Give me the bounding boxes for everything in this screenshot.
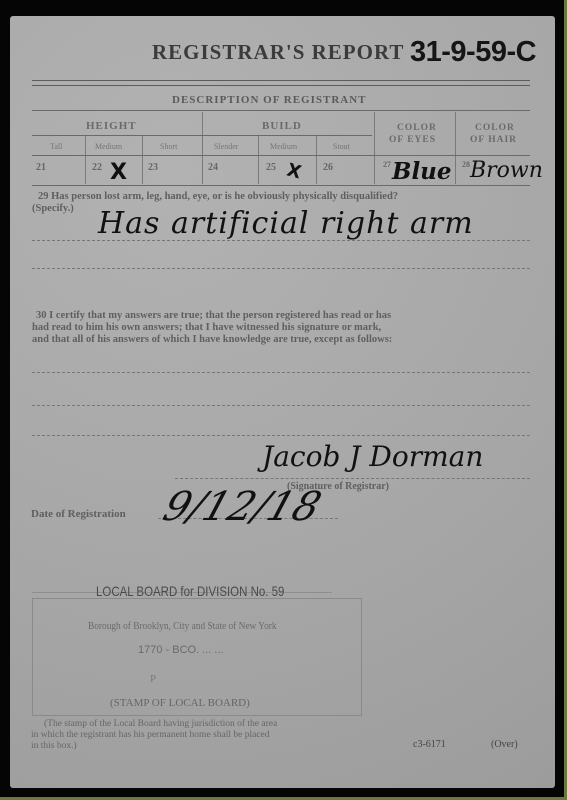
field-number-24: 24 — [208, 162, 218, 173]
registration-date: 9/12/18 — [158, 484, 327, 530]
build-header: BUILD — [262, 120, 302, 132]
field-number-22: 22 — [92, 162, 102, 173]
section-divider — [32, 110, 530, 111]
exception-line — [32, 372, 530, 373]
height-short-label: Short — [160, 142, 177, 151]
registrar-signature: Jacob J Dorman — [262, 440, 483, 473]
date-of-registration-label: Date of Registration — [31, 508, 126, 520]
field-number-26: 26 — [323, 162, 333, 173]
height-header: HEIGHT — [86, 120, 137, 132]
grid-divider — [374, 112, 375, 184]
form-title: REGISTRAR'S REPORT — [152, 40, 404, 65]
question-30-line1: 30 I certify that my answers are true; t… — [36, 310, 391, 322]
serial-number: 31-9-59-C — [410, 36, 536, 69]
grid-divider — [32, 135, 372, 136]
field-number-23: 23 — [148, 162, 158, 173]
grid-divider — [202, 112, 203, 184]
grid-divider — [316, 136, 317, 184]
footer-note-line3: in this box.) — [31, 741, 77, 751]
field-number-28: 28 — [462, 160, 470, 169]
over-label: (Over) — [491, 740, 518, 750]
stamp-line-2: Borough of Brooklyn, City and State of N… — [88, 620, 277, 632]
hair-header-line1: COLOR — [475, 123, 515, 133]
stamp-caption: (STAMP OF LOCAL BOARD) — [110, 697, 250, 709]
question-29-answer: Has artificial right arm — [98, 206, 474, 241]
grid-divider — [32, 185, 530, 186]
question-29-specify: (Specify.) — [32, 203, 74, 215]
answer-line — [32, 268, 530, 269]
eyes-header-line2: OF EYES — [389, 135, 436, 145]
stamp-line-3: 1770 - BCO. ... ... — [138, 644, 224, 656]
build-medium-label: Medium — [270, 142, 297, 151]
grid-divider — [258, 136, 259, 184]
height-medium-label: Medium — [95, 142, 122, 151]
form-code: c3-6171 — [413, 740, 446, 750]
height-tall-label: Tall — [50, 142, 62, 151]
question-30-line2: had read to him his own answers; that I … — [32, 322, 381, 334]
build-stout-label: Stout — [333, 142, 350, 151]
field-number-27: 27 — [383, 160, 391, 169]
height-medium-mark: X — [110, 160, 127, 185]
exception-line — [32, 405, 530, 406]
grid-divider — [85, 136, 86, 184]
build-slender-label: Slender — [214, 142, 238, 151]
grid-divider — [142, 136, 143, 184]
grid-divider — [455, 112, 456, 184]
field-number-21: 21 — [36, 162, 46, 173]
footer-note-line1: (The stamp of the Local Board having jur… — [44, 719, 277, 729]
answer-line — [32, 240, 530, 241]
stamp-line-1: LOCAL BOARD for DIVISION No. 59 — [96, 583, 284, 599]
eye-color-value: Blue — [392, 158, 452, 185]
hair-color-value: Brown — [470, 158, 543, 183]
question-29-text: 29 Has person lost arm, leg, hand, eye, … — [38, 191, 398, 203]
stamp-line-4: P — [150, 673, 156, 685]
footer-note-line2: in which the registrant has his permanen… — [31, 730, 269, 740]
signature-line — [175, 478, 530, 479]
section-title: DESCRIPTION OF REGISTRANT — [172, 94, 367, 106]
hair-header-line2: OF HAIR — [470, 135, 517, 145]
field-number-25: 25 — [266, 162, 276, 173]
grid-divider — [32, 155, 530, 156]
header-divider — [32, 80, 530, 86]
question-30-line3: and that all of his answers of which I h… — [32, 334, 392, 346]
exception-line — [32, 435, 530, 436]
eyes-header-line1: COLOR — [397, 123, 437, 133]
